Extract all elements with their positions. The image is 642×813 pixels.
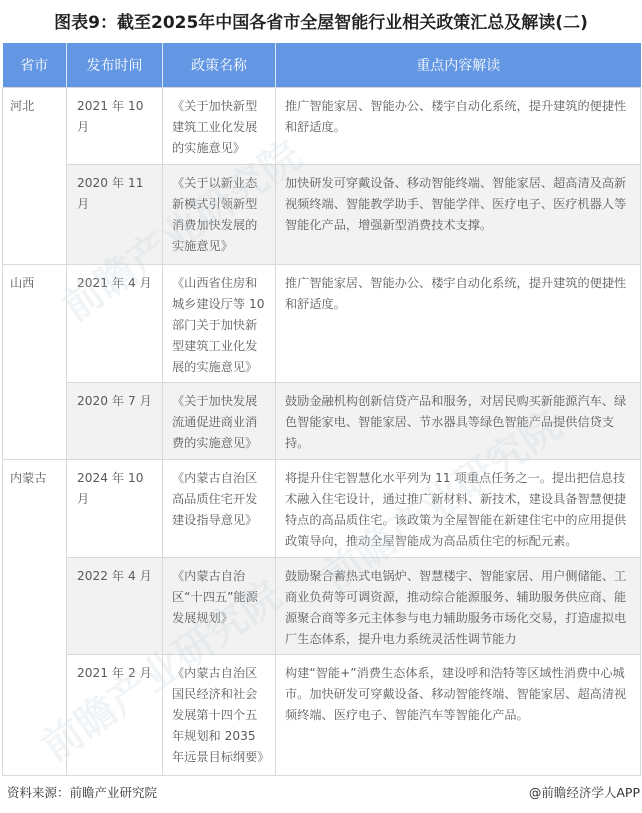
- table-header-row: 省市 发布时间 政策名称 重点内容解读: [3, 43, 641, 88]
- table-row: 河北 2021 年 10 月 《关于加快新型建筑工业化发展的实施意见》 推广智能…: [3, 88, 641, 165]
- header-province: 省市: [3, 43, 67, 88]
- date-cell: 2021 年 10 月: [67, 88, 163, 165]
- date-cell: 2021 年 4 月: [67, 265, 163, 383]
- chart-title: 图表9：截至2025年中国各省市全屋智能行业相关政策汇总及解读(二): [0, 8, 642, 33]
- date-cell: 2022 年 4 月: [67, 558, 163, 655]
- province-cell: 山西: [3, 265, 67, 460]
- header-policy-name: 政策名称: [163, 43, 276, 88]
- content-cell: 将提升住宅智慧化水平列为 11 项重点任务之一。提出把信息技术融入住宅设计，通过…: [276, 460, 641, 558]
- header-date: 发布时间: [67, 43, 163, 88]
- policy-name-cell: 《关于加快发展流通促进商业消费的实施意见》: [163, 383, 276, 460]
- content-cell: 鼓励聚合蓄热式电锅炉、智慧楼宇、智能家居、用户侧储能、工商业负荷等可调资源，推动…: [276, 558, 641, 655]
- credit-note: @前瞻经济学人APP: [529, 783, 640, 801]
- policy-name-cell: 《关于加快新型建筑工业化发展的实施意见》: [163, 88, 276, 165]
- content-cell: 推广智能家居、智能办公、楼宇自动化系统，提升建筑的便捷性和舒适度。: [276, 88, 641, 165]
- date-cell: 2020 年 7 月: [67, 383, 163, 460]
- content-cell: 鼓励金融机构创新信贷产品和服务，对居民购买新能源汽车、绿色智能家电、智能家居、节…: [276, 383, 641, 460]
- date-cell: 2020 年 11 月: [67, 165, 163, 265]
- table-row: 2020 年 11 月 《关于以新业态新模式引领新型消费加快发展的实施意见》 加…: [3, 165, 641, 265]
- policy-name-cell: 《关于以新业态新模式引领新型消费加快发展的实施意见》: [163, 165, 276, 265]
- content-cell: 构建“智能+”消费生态体系，建设呼和浩特等区域性消费中心城市。加快研发可穿戴设备…: [276, 655, 641, 776]
- table-row: 内蒙古 2024 年 10 月 《内蒙古自治区高品质住宅开发建设指导意见》 将提…: [3, 460, 641, 558]
- policy-name-cell: 《内蒙古自治区高品质住宅开发建设指导意见》: [163, 460, 276, 558]
- table-row: 2022 年 4 月 《内蒙古自治区“十四五”能源发展规划》 鼓励聚合蓄热式电锅…: [3, 558, 641, 655]
- date-cell: 2021 年 2 月: [67, 655, 163, 776]
- policy-name-cell: 《山西省住房和城乡建设厅等 10 部门关于加快新型建筑工业化发展的实施意见》: [163, 265, 276, 383]
- province-cell: 河北: [3, 88, 67, 265]
- source-note: 资料来源：前瞻产业研究院: [7, 783, 157, 801]
- content-cell: 加快研发可穿戴设备、移动智能终端、智能家居、超高清及高新视频终端、智能教学助手、…: [276, 165, 641, 265]
- date-cell: 2024 年 10 月: [67, 460, 163, 558]
- header-content: 重点内容解读: [276, 43, 641, 88]
- table-row: 2021 年 2 月 《内蒙古自治区国民经济和社会发展第十四个五年规划和 203…: [3, 655, 641, 776]
- province-cell: 内蒙古: [3, 460, 67, 776]
- table-row: 山西 2021 年 4 月 《山西省住房和城乡建设厅等 10 部门关于加快新型建…: [3, 265, 641, 383]
- content-cell: 推广智能家居、智能办公、楼宇自动化系统，提升建筑的便捷性和舒适度。: [276, 265, 641, 383]
- policy-name-cell: 《内蒙古自治区国民经济和社会发展第十四个五年规划和 2035 年远景目标纲要》: [163, 655, 276, 776]
- policy-table: 省市 发布时间 政策名称 重点内容解读 河北 2021 年 10 月 《关于加快…: [2, 43, 641, 776]
- policy-name-cell: 《内蒙古自治区“十四五”能源发展规划》: [163, 558, 276, 655]
- table-row: 2020 年 7 月 《关于加快发展流通促进商业消费的实施意见》 鼓励金融机构创…: [3, 383, 641, 460]
